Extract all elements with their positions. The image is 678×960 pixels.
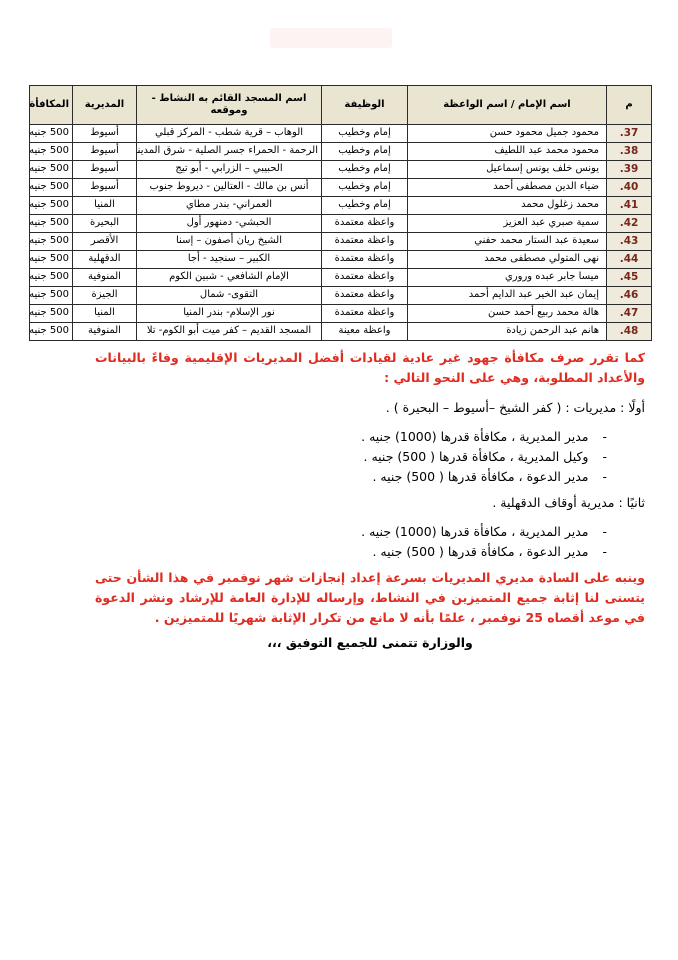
cell-mosque: العمراني- بندر مطاي	[137, 197, 322, 215]
table-row: 38.محمود محمد عبد اللطيفإمام وخطيبالرحمة…	[30, 143, 652, 161]
cell-no: 37.	[607, 125, 652, 143]
cell-mosque: الإمام الشافعي - شبين الكوم	[137, 269, 322, 287]
cell-reward: 500 جنيه	[30, 179, 73, 197]
cell-directorate: الدقهلية	[73, 251, 137, 269]
cell-mosque: الحبيبي – الزرابي - أبو تيج	[137, 161, 322, 179]
cell-no: 47.	[607, 305, 652, 323]
notice-red-paragraph: وينبه على السادة مديري المديريات بسرعة إ…	[95, 568, 645, 628]
second-section-heading: ثانيًا : مديرية أوقاف الدقهلية .	[95, 493, 645, 513]
rewards-table: م اسم الإمام / اسم الواعظة الوظيفة اسم ا…	[29, 85, 652, 341]
table-row: 43.سعيدة عبد الستار محمد حفنيواعظة معتمد…	[30, 233, 652, 251]
cell-no: 40.	[607, 179, 652, 197]
table-row: 44.نهى المتولي مصطفى محمدواعظة معتمدةالك…	[30, 251, 652, 269]
cell-directorate: أسيوط	[73, 143, 137, 161]
cell-mosque: الوهاب – قرية شطب - المركز قبلي	[137, 125, 322, 143]
table-row: 47.هالة محمد ربيع أحمد حسنواعظة معتمدةنو…	[30, 305, 652, 323]
cell-mosque: الرحمة - الحمراء جسر الصلية - شرق المدين…	[137, 143, 322, 161]
cell-job: واعظة معتمدة	[322, 269, 408, 287]
cell-no: 42.	[607, 215, 652, 233]
cell-name: سعيدة عبد الستار محمد حفني	[408, 233, 607, 251]
cell-job: إمام وخطيب	[322, 125, 408, 143]
cell-reward: 500 جنيه	[30, 269, 73, 287]
cell-name: هانم عبد الرحمن زيادة	[408, 323, 607, 341]
cell-job: واعظة معتمدة	[322, 233, 408, 251]
cell-name: يونس خلف يونس إسماعيل	[408, 161, 607, 179]
cell-directorate: الجيزة	[73, 287, 137, 305]
cell-directorate: الأقصر	[73, 233, 137, 251]
cell-reward: 500 جنيه	[30, 251, 73, 269]
cell-mosque: التقوى- شمال	[137, 287, 322, 305]
cell-no: 44.	[607, 251, 652, 269]
cell-reward: 500 جنيه	[30, 161, 73, 179]
cell-directorate: المنوفية	[73, 323, 137, 341]
table-row: 45.ميسا جابر عبده وروريواعظة معتمدةالإما…	[30, 269, 652, 287]
cell-reward: 500 جنيه	[30, 215, 73, 233]
cell-job: إمام وخطيب	[322, 197, 408, 215]
table-row: 46.إيمان عبد الخير عبد الدايم أحمدواعظة …	[30, 287, 652, 305]
cell-reward: 500 جنيه	[30, 125, 73, 143]
cell-directorate: المنيا	[73, 305, 137, 323]
cell-job: واعظة معتمدة	[322, 215, 408, 233]
table-body: 37.محمود جميل محمود حسنإمام وخطيبالوهاب …	[30, 125, 652, 341]
cell-reward: 500 جنيه	[30, 305, 73, 323]
cell-name: محمد زغلول محمد	[408, 197, 607, 215]
cell-directorate: المنيا	[73, 197, 137, 215]
col-header-number: م	[607, 86, 652, 125]
cell-mosque: الشيخ ريان أصفون – إسنا	[137, 233, 322, 251]
cell-reward: 500 جنيه	[30, 143, 73, 161]
col-header-mosque: اسم المسجد القائم به النشاط - وموقعه	[137, 86, 322, 125]
col-header-imam-name: اسم الإمام / اسم الواعظة	[408, 86, 607, 125]
cell-mosque: نور الإسلام- بندر المنيا	[137, 305, 322, 323]
intro-red-paragraph: كما تقرر صرف مكافأة جهود غير عادية لقياد…	[95, 348, 645, 388]
bullet-item: مدير الدعوة ، مكافأة قدرها ( 500) جنيه .	[95, 542, 607, 562]
bullet-item: مدير المديرية ، مكافأة قدرها (1000) جنيه…	[95, 427, 607, 447]
cell-name: هالة محمد ربيع أحمد حسن	[408, 305, 607, 323]
cell-directorate: أسيوط	[73, 125, 137, 143]
second-bullet-list: مدير المديرية ، مكافأة قدرها (1000) جنيه…	[95, 522, 645, 562]
cell-job: واعظة معتمدة	[322, 287, 408, 305]
table-row: 48.هانم عبد الرحمن زيادةواعظة معينةالمسج…	[30, 323, 652, 341]
cell-mosque: الحبشي- دمنهور أول	[137, 215, 322, 233]
cell-mosque: أنس بن مالك - العتالين - ديروط جنوب	[137, 179, 322, 197]
cell-job: واعظة معتمدة	[322, 251, 408, 269]
cell-directorate: المنوفية	[73, 269, 137, 287]
cell-name: ميسا جابر عبده وروري	[408, 269, 607, 287]
cell-job: إمام وخطيب	[322, 179, 408, 197]
col-header-directorate: المديرية	[73, 86, 137, 125]
cell-job: واعظة معينة	[322, 323, 408, 341]
cell-no: 46.	[607, 287, 652, 305]
cell-job: إمام وخطيب	[322, 161, 408, 179]
cell-job: إمام وخطيب	[322, 143, 408, 161]
cell-job: واعظة معتمدة	[322, 305, 408, 323]
cell-name: ضياء الدين مصطفى أحمد	[408, 179, 607, 197]
closing-line: والوزارة تتمنى للجميع التوفيق ،،،	[95, 632, 645, 654]
cell-reward: 500 جنيه	[30, 233, 73, 251]
scan-smudge	[270, 28, 392, 48]
cell-name: نهى المتولي مصطفى محمد	[408, 251, 607, 269]
cell-name: محمود محمد عبد اللطيف	[408, 143, 607, 161]
table-row: 42.سمية صبري عبد العزيزواعظة معتمدةالحبش…	[30, 215, 652, 233]
first-bullet-list: مدير المديرية ، مكافأة قدرها (1000) جنيه…	[95, 427, 645, 487]
cell-directorate: أسيوط	[73, 161, 137, 179]
cell-no: 48.	[607, 323, 652, 341]
document-page: م اسم الإمام / اسم الواعظة الوظيفة اسم ا…	[0, 0, 678, 960]
cell-reward: 500 جنيه	[30, 197, 73, 215]
table-row: 41.محمد زغلول محمدإمام وخطيبالعمراني- بن…	[30, 197, 652, 215]
col-header-job: الوظيفة	[322, 86, 408, 125]
table-row: 37.محمود جميل محمود حسنإمام وخطيبالوهاب …	[30, 125, 652, 143]
table-row: 40.ضياء الدين مصطفى أحمدإمام وخطيبأنس بن…	[30, 179, 652, 197]
table-header-row: م اسم الإمام / اسم الواعظة الوظيفة اسم ا…	[30, 86, 652, 125]
cell-name: سمية صبري عبد العزيز	[408, 215, 607, 233]
cell-directorate: البحيرة	[73, 215, 137, 233]
cell-no: 43.	[607, 233, 652, 251]
first-section-heading: أولًا : مديريات : ( كفر الشيخ –أسيوط – ا…	[95, 398, 645, 418]
cell-no: 39.	[607, 161, 652, 179]
bullet-item: وكيل المديرية ، مكافأة قدرها ( 500) جنيه…	[95, 447, 607, 467]
cell-no: 45.	[607, 269, 652, 287]
body-text-block: كما تقرر صرف مكافأة جهود غير عادية لقياد…	[95, 348, 645, 654]
cell-no: 41.	[607, 197, 652, 215]
cell-reward: 500 جنيه	[30, 287, 73, 305]
table-row: 39.يونس خلف يونس إسماعيلإمام وخطيبالحبيب…	[30, 161, 652, 179]
cell-mosque: الكبير – سنجيد - أجا	[137, 251, 322, 269]
col-header-reward: المكافأة	[30, 86, 73, 125]
bullet-item: مدير المديرية ، مكافأة قدرها (1000) جنيه…	[95, 522, 607, 542]
bullet-item: مدير الدعوة ، مكافأة قدرها ( 500) جنيه .	[95, 467, 607, 487]
cell-name: إيمان عبد الخير عبد الدايم أحمد	[408, 287, 607, 305]
cell-mosque: المسجد القديم – كفر ميت أبو الكوم- تلا	[137, 323, 322, 341]
cell-reward: 500 جنيه	[30, 323, 73, 341]
cell-directorate: أسيوط	[73, 179, 137, 197]
cell-no: 38.	[607, 143, 652, 161]
cell-name: محمود جميل محمود حسن	[408, 125, 607, 143]
